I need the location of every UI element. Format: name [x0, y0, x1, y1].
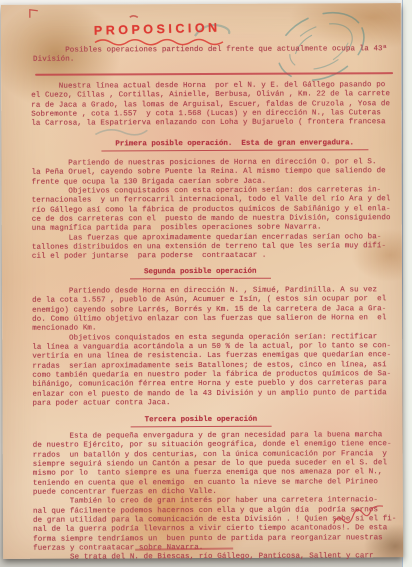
- handwritten-annotation: [331, 508, 387, 524]
- section-heading-tercera: Tercera posible operación: [131, 416, 272, 428]
- front-line-paragraph: Nuestra línea actual desde Horna por el …: [31, 81, 390, 129]
- section-body-tercera: Esta de pequeña envergadura y de gran ne…: [33, 431, 397, 563]
- section-body-primera: Partiendo de nuestras posiciones de Horn…: [31, 158, 390, 262]
- section-body-segunda: Partiendo desde Horna en dirección N. , …: [32, 286, 391, 409]
- section-heading-segunda: Segunda posible operación: [130, 268, 271, 280]
- scan-frame: PROPOSICION Posibles operaciones partien…: [0, 0, 412, 567]
- pen-mark: [29, 8, 45, 20]
- intro-paragraph: Posibles operaciones partiendo del frent…: [33, 45, 387, 65]
- scan-edge-strip: [402, 0, 412, 567]
- document-page: PROPOSICION Posibles operaciones partien…: [1, 3, 403, 559]
- section-heading-primera: Primera posible operación. Esta de gran …: [101, 139, 368, 152]
- pen-dot: [129, 14, 139, 20]
